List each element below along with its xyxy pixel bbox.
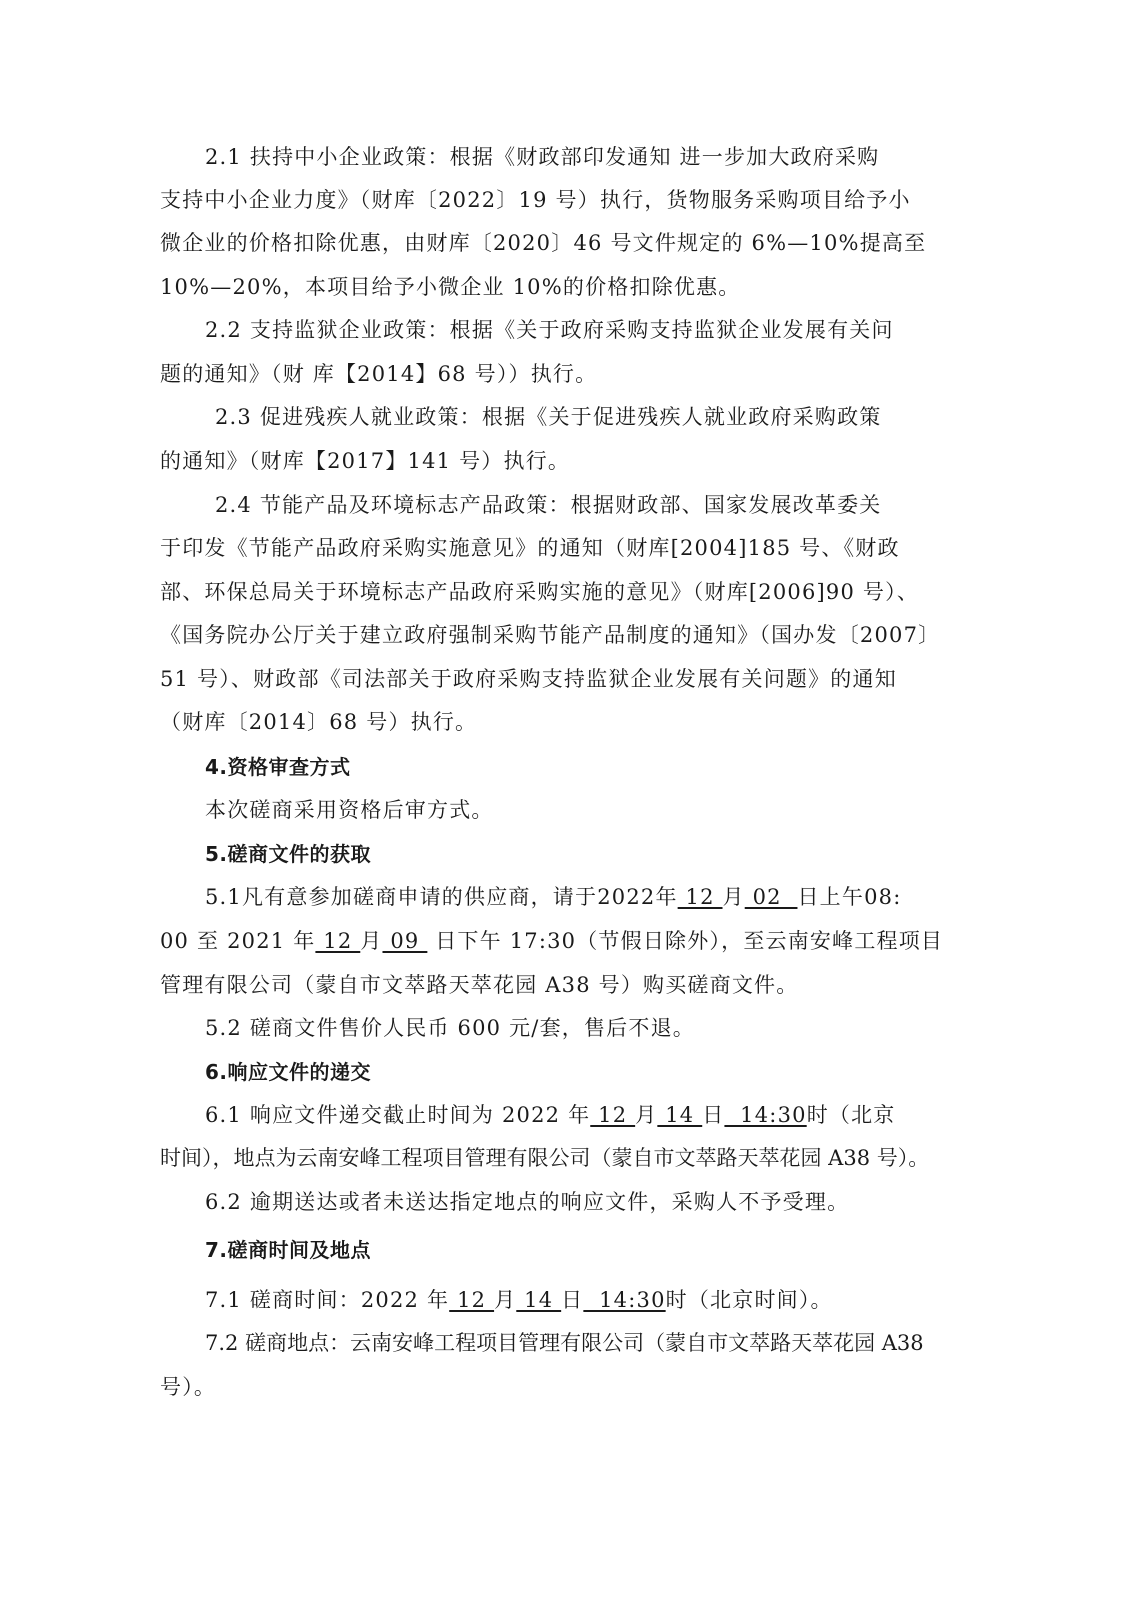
para-2-4-line-1: 2.4 节能产品及环境标志产品政策：根据财政部、国家发展改革委关 xyxy=(215,490,970,520)
date-day-field: 02 xyxy=(745,885,798,909)
text: 日下午 17:30（节假日除外），至云南安峰工程项目 xyxy=(427,929,943,953)
time-field: 14:30 xyxy=(583,1288,665,1312)
time-field: 14:30 xyxy=(724,1103,806,1127)
para-2-3-line-1: 2.3 促进残疾人就业政策：根据《关于促进残疾人就业政府采购政策 xyxy=(215,402,970,432)
para-2-2-line-2: 题的通知》（财 库【2014】68 号））执行。 xyxy=(160,359,970,389)
para-2-4-line-6: （财库〔2014〕68 号）执行。 xyxy=(160,707,970,737)
para-2-1-line-2: 支持中小企业力度》（财库〔2022〕19 号）执行，货物服务采购项目给予小 xyxy=(160,185,970,215)
para-5-1-line-1: 5.1凡有意参加磋商申请的供应商，请于2022年 12 月 02 日上午08: xyxy=(205,882,970,912)
para-7-2-line-1: 7.2 磋商地点：云南安峰工程项目管理有限公司（蒙自市文萃路天萃花园 A38 xyxy=(205,1328,970,1358)
para-7-1: 7.1 磋商时间：2022 年 12 月 14 日 14:30时（北京时间）。 xyxy=(205,1285,970,1315)
para-2-4-line-3: 部、环保总局关于环境标志产品政府采购实施的意见》（财库[2006]90 号）、 xyxy=(160,577,970,607)
text: 月 xyxy=(360,929,382,953)
text: 00 至 2021 年 xyxy=(160,929,315,953)
para-2-1-line-4: 10%—20%，本项目给予小微企业 10%的价格扣除优惠。 xyxy=(160,272,970,302)
text: 7.1 磋商时间：2022 年 xyxy=(205,1288,449,1312)
para-6-1-line-2: 时间），地点为云南安峰工程项目管理有限公司（蒙自市文萃路天萃花园 A38 号）。 xyxy=(160,1143,970,1173)
date-month-field: 12 xyxy=(315,929,360,953)
heading-section-7: 7.磋商时间及地点 xyxy=(205,1235,970,1265)
text: 时（北京 xyxy=(807,1103,896,1127)
text: 月 xyxy=(635,1103,657,1127)
para-2-4-line-4: 《国务院办公厅关于建立政府强制采购节能产品制度的通知》（国办发〔2007〕 xyxy=(160,620,970,650)
date-day-field: 14 xyxy=(516,1288,561,1312)
heading-section-5: 5.磋商文件的获取 xyxy=(205,839,970,869)
text: 6.1 响应文件递交截止时间为 2022 年 xyxy=(205,1103,590,1127)
text: 5.1凡有意参加磋商申请的供应商，请于2022年 xyxy=(205,885,678,909)
para-5-2: 5.2 磋商文件售价人民币 600 元/套，售后不退。 xyxy=(205,1013,970,1043)
para-2-1-line-1: 2.1 扶持中小企业政策：根据《财政部印发通知 进一步加大政府采购 xyxy=(205,142,970,172)
heading-section-6: 6.响应文件的递交 xyxy=(205,1057,970,1087)
text: 日 xyxy=(561,1288,583,1312)
date-month-field: 12 xyxy=(678,885,723,909)
para-5-1-line-3: 管理有限公司（蒙自市文萃路天萃花园 A38 号）购买磋商文件。 xyxy=(160,970,970,1000)
text: 月 xyxy=(494,1288,516,1312)
text: 日 xyxy=(702,1103,724,1127)
date-month-field: 12 xyxy=(449,1288,494,1312)
date-day-field: 09 xyxy=(382,929,427,953)
para-2-4-line-2: 于印发《节能产品政府采购实施意见》的通知（财库[2004]185 号、《财政 xyxy=(160,533,970,563)
text: 日上午08: xyxy=(797,885,901,909)
date-month-field: 12 xyxy=(590,1103,635,1127)
para-2-4-line-5: 51 号）、财政部《司法部关于政府采购支持监狱企业发展有关问题》的通知 xyxy=(160,664,970,694)
para-6-1-line-1: 6.1 响应文件递交截止时间为 2022 年 12 月 14 日 14:30时（… xyxy=(205,1100,970,1130)
para-2-1-line-3: 微企业的价格扣除优惠，由财库〔2020〕46 号文件规定的 6%—10%提高至 xyxy=(160,228,970,258)
para-4-body: 本次磋商采用资格后审方式。 xyxy=(205,795,970,825)
heading-section-4: 4.资格审查方式 xyxy=(205,752,970,782)
para-2-2-line-1: 2.2 支持监狱企业政策：根据《关于政府采购支持监狱企业发展有关问 xyxy=(205,315,970,345)
document-page: 2.1 扶持中小企业政策：根据《财政部印发通知 进一步加大政府采购 支持中小企业… xyxy=(0,0,1131,1600)
para-5-1-line-2: 00 至 2021 年 12 月 09 日下午 17:30（节假日除外），至云南… xyxy=(160,926,970,956)
date-day-field: 14 xyxy=(657,1103,702,1127)
para-6-2: 6.2 逾期送达或者未送达指定地点的响应文件，采购人不予受理。 xyxy=(205,1187,970,1217)
para-2-3-line-2: 的通知》（财库【2017】141 号）执行。 xyxy=(160,446,970,476)
text: 月 xyxy=(723,885,745,909)
text: 时（北京时间）。 xyxy=(666,1288,833,1312)
para-7-2-line-2: 号）。 xyxy=(160,1372,970,1402)
